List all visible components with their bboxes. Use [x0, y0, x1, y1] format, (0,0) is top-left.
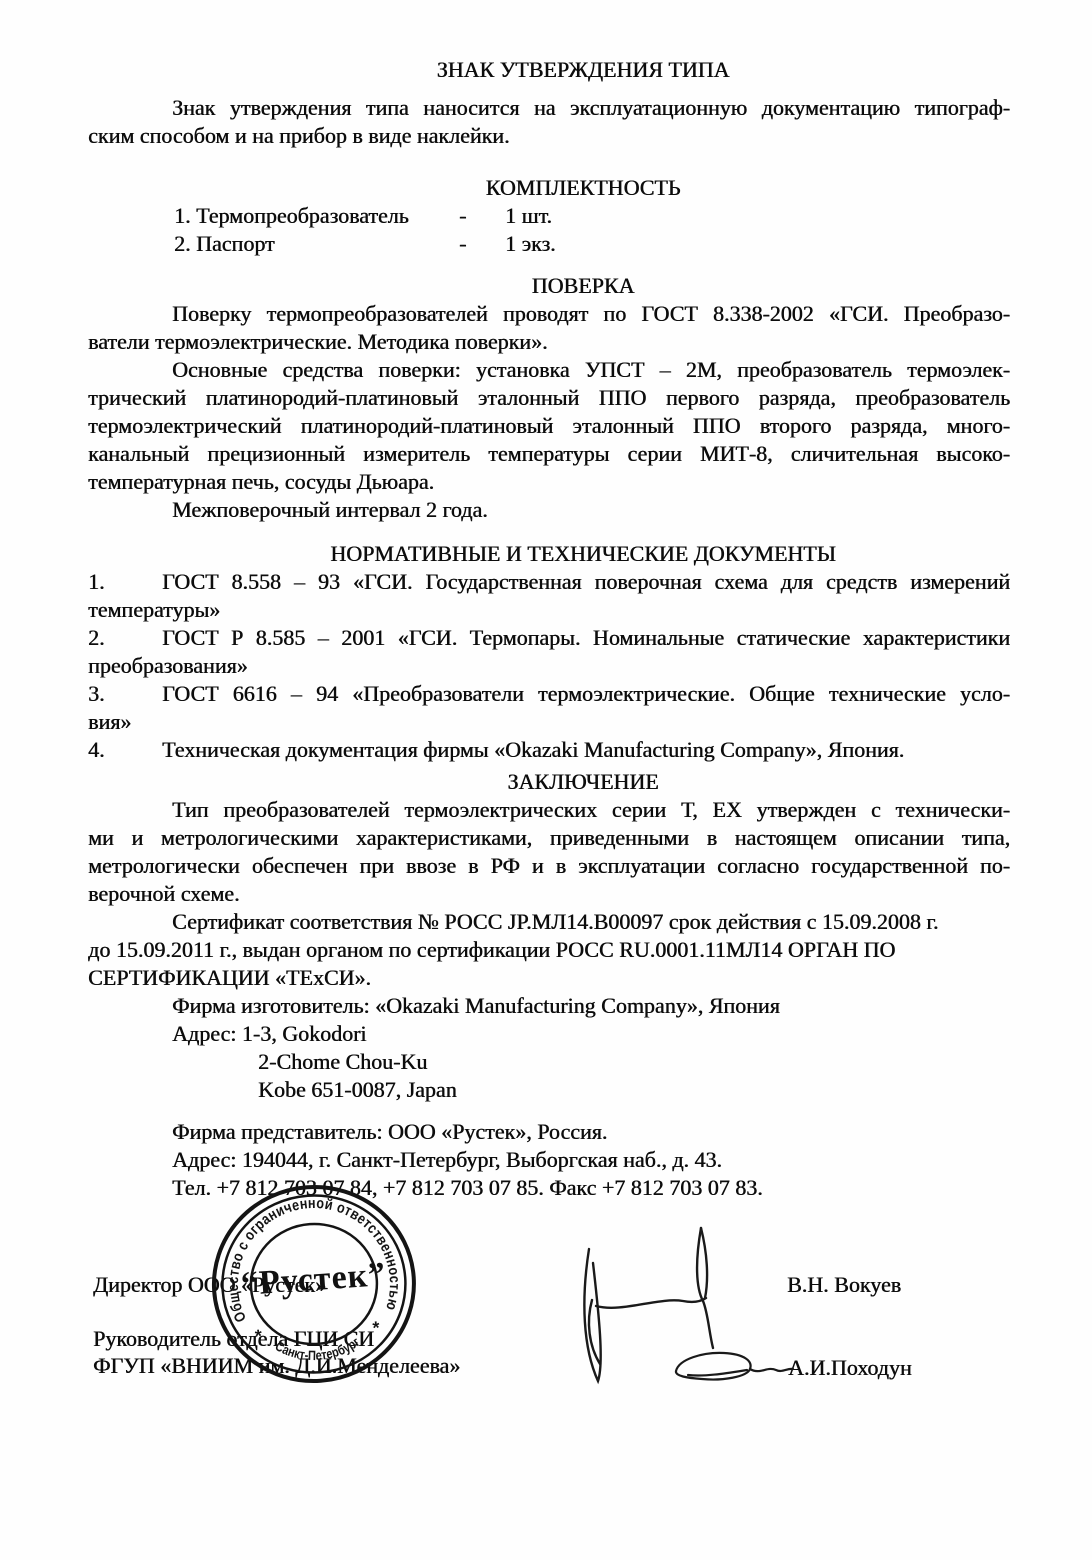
item-text: ГОСТ 8.558 – 93 «ГСИ. Государственная по…: [162, 569, 1010, 594]
item-dash: -: [459, 202, 505, 230]
verification-paragraph-2: Основные средства поверки: установка УПС…: [88, 356, 1010, 496]
manufacturer-address-line: 2-Chome Chou-Ku: [258, 1048, 1010, 1076]
paragraph-line: верочной схеме.: [88, 880, 1010, 908]
paragraph-line: канальный прецизионный измеритель темпер…: [88, 440, 1010, 468]
item-number: 3.: [88, 680, 162, 708]
paragraph-line: термоэлектрический платинородий-платинов…: [88, 412, 1010, 440]
item-text: ГОСТ 6616 – 94 «Преобразователи термоэле…: [162, 681, 1010, 706]
section-title-verification: ПОВЕРКА: [122, 272, 1044, 300]
item-name: 1. Термопреобразователь: [174, 202, 459, 230]
paragraph-line: СЕРТИФИКАЦИИ «ТЕхСИ».: [88, 964, 1010, 992]
document-item: 2.ГОСТ Р 8.585 – 2001 «ГСИ. Термопары. Н…: [88, 624, 1010, 652]
item-number: 4.: [88, 736, 162, 764]
verification-interval-line: Межповерочный интервал 2 года.: [88, 496, 1010, 524]
normative-documents-list: 1.ГОСТ 8.558 – 93 «ГСИ. Государственная …: [88, 568, 1010, 764]
section-title-conclusion: ЗАКЛЮЧЕНИЕ: [122, 768, 1044, 796]
director-signature: [584, 1228, 713, 1381]
document-item: 3.ГОСТ 6616 – 94 «Преобразователи термоэ…: [88, 680, 1010, 708]
manufacturer-line: Фирма изготовитель: «Okazaki Manufacturi…: [172, 992, 1010, 1020]
list-item: 2. Паспорт - 1 экз.: [174, 230, 1010, 258]
paragraph-line: Знак утверждения типа наносится на экспл…: [88, 94, 1010, 122]
document-item-continuation: температуры»: [88, 596, 1010, 624]
paragraph-line: температурная печь, сосуды Дьюара.: [88, 468, 1010, 496]
item-text: Техническая документация фирмы «Okazaki …: [162, 737, 904, 762]
paragraph-line: ми и метрологическими характеристиками, …: [88, 824, 1010, 852]
item-number: 1.: [88, 568, 162, 596]
manufacturer-address-line: Адрес: 1-3, Gokodori: [172, 1020, 1010, 1048]
department-head-name: А.И.Походун: [788, 1354, 912, 1382]
paragraph-line: метрологически обеспечен при ввозе в РФ …: [88, 852, 1010, 880]
representative-line: Фирма представитель: ООО «Рустек», Росси…: [172, 1118, 1010, 1146]
list-item: 1. Термопреобразователь - 1 шт.: [174, 202, 1010, 230]
paragraph-line: трический платинородий-платиновый эталон…: [88, 384, 1010, 412]
verification-paragraph-1: Поверку термопреобразователей проводят п…: [88, 300, 1010, 356]
paragraph-line: Тип преобразователей термоэлектрических …: [88, 796, 1010, 824]
item-quantity: 1 шт.: [505, 202, 552, 230]
paragraph-line: Поверку термопреобразователей проводят п…: [88, 300, 1010, 328]
manufacturer-address-line: Kobe 651-0087, Japan: [258, 1076, 1010, 1104]
document-item: 1.ГОСТ 8.558 – 93 «ГСИ. Государственная …: [88, 568, 1010, 596]
item-text: ГОСТ Р 8.585 – 2001 «ГСИ. Термопары. Ном…: [162, 625, 1010, 650]
item-name: 2. Паспорт: [174, 230, 459, 258]
item-quantity: 1 экз.: [505, 230, 556, 258]
representative-address-line: Адрес: 194044, г. Санкт-Петербург, Выбор…: [172, 1146, 1010, 1174]
paragraph-line: Сертификат соответствия № РОСС JP.МЛ14.В…: [88, 908, 1010, 936]
paragraph-line: до 15.09.2011 г., выдан органом по серти…: [88, 936, 1010, 964]
section-title-normative-documents: НОРМАТИВНЫЕ И ТЕХНИЧЕСКИЕ ДОКУМЕНТЫ: [122, 540, 1044, 568]
document-item: 4.Техническая документация фирмы «Okazak…: [88, 736, 1010, 764]
item-number: 2.: [88, 624, 162, 652]
paragraph-line: ским способом и на прибор в виде наклейк…: [88, 122, 1010, 150]
paragraph-line: Основные средства поверки: установка УПС…: [88, 356, 1010, 384]
section-title-approval-mark: ЗНАК УТВЕРЖДЕНИЯ ТИПА: [122, 56, 1044, 84]
section-title-completeness: КОМПЛЕКТНОСТЬ: [122, 174, 1044, 202]
company-stamp: Общество с ограниченной ответственностью…: [190, 1164, 437, 1406]
conclusion-paragraph-2: Сертификат соответствия № РОСС JP.МЛ14.В…: [88, 908, 1010, 992]
approval-paragraph: Знак утверждения типа наносится на экспл…: [88, 94, 1010, 150]
director-name: В.Н. Вокуев: [787, 1271, 901, 1299]
paragraph-line: ватели термоэлектрические. Методика пове…: [88, 328, 1010, 356]
stamp-star-right: *: [372, 1318, 380, 1338]
item-dash: -: [459, 230, 505, 258]
conclusion-paragraph-1: Тип преобразователей термоэлектрических …: [88, 796, 1010, 908]
document-content: ЗНАК УТВЕРЖДЕНИЯ ТИПА Знак утверждения т…: [0, 0, 1092, 1202]
document-page: ЗНАК УТВЕРЖДЕНИЯ ТИПА Знак утверждения т…: [0, 0, 1092, 1560]
head-signature: [676, 1353, 793, 1380]
completeness-list: 1. Термопреобразователь - 1 шт. 2. Паспо…: [88, 202, 1010, 258]
document-item-continuation: преобразования»: [88, 652, 1010, 680]
stamp-graphic: Общество с ограниченной ответственностью…: [190, 1164, 437, 1406]
stamp-company-name: “Рустек”: [240, 1256, 387, 1303]
document-item-continuation: вия»: [88, 708, 1010, 736]
stamp-star-left: *: [254, 1326, 262, 1346]
